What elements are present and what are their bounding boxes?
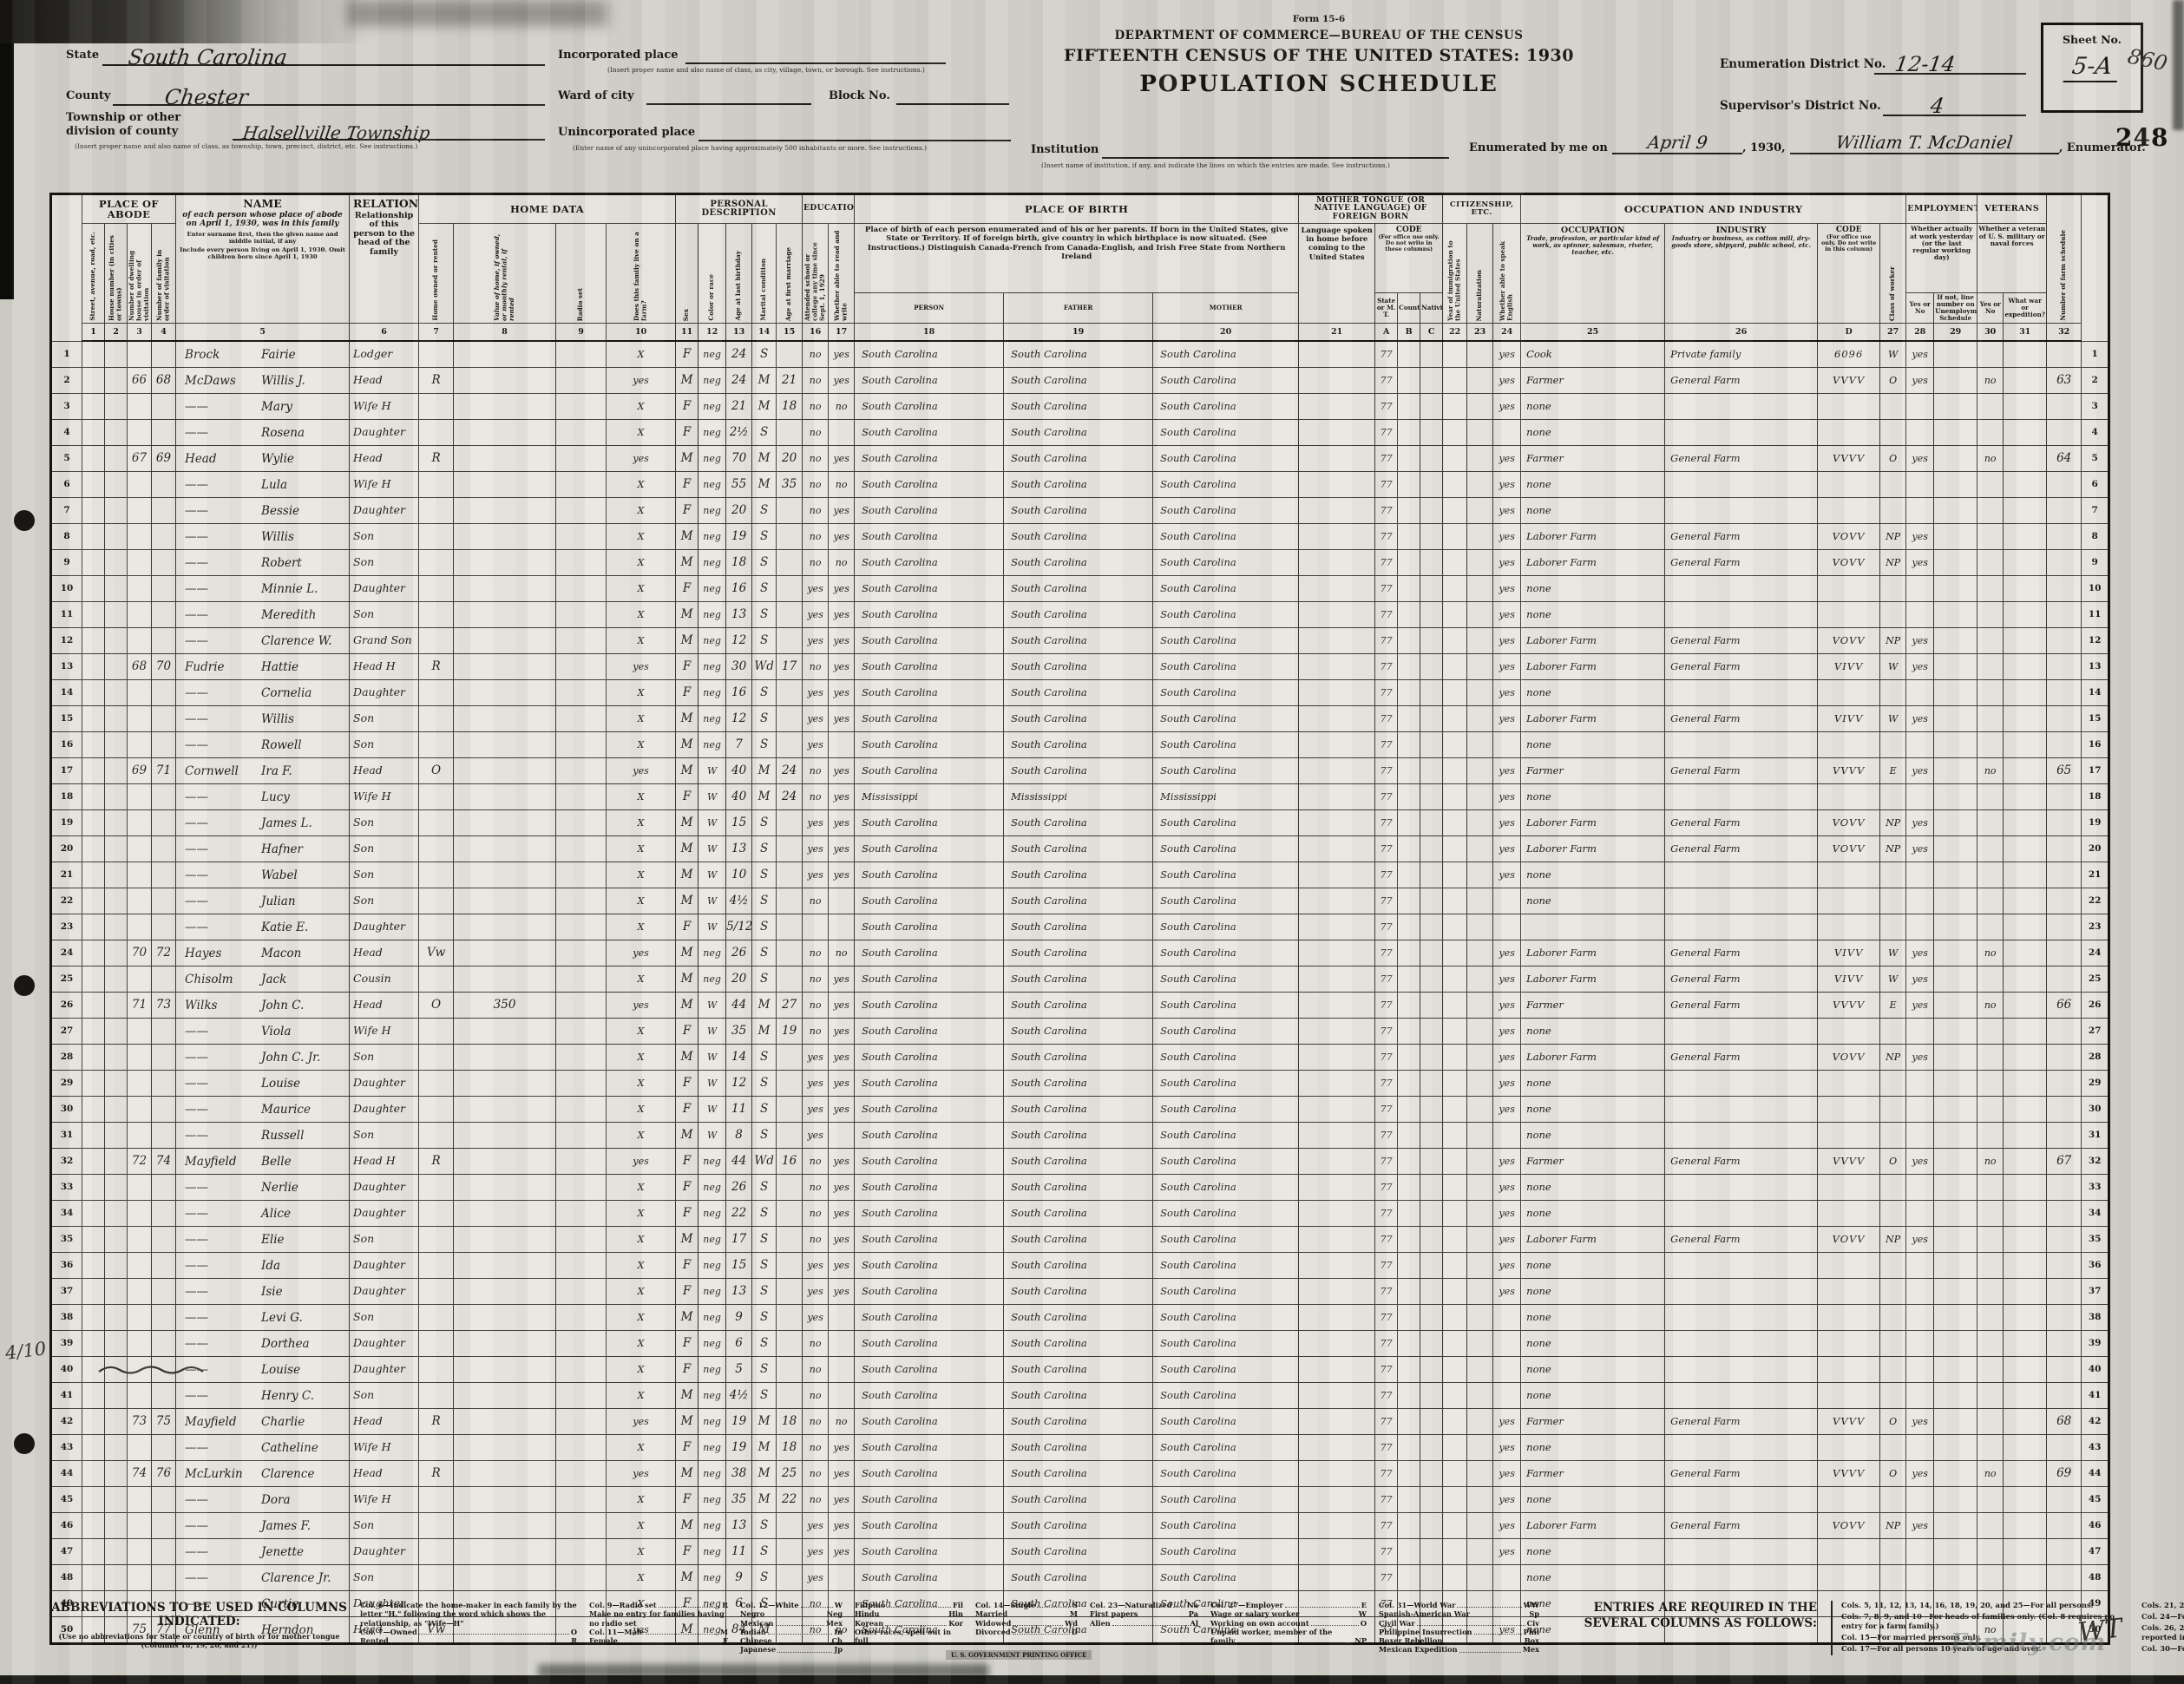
occupation: none — [1521, 394, 1665, 420]
code-a: 77 — [1375, 1123, 1398, 1149]
birthplace-mother: South Carolina — [1153, 1149, 1299, 1175]
unemployment-line — [1934, 1539, 1977, 1565]
color-or-race: W — [698, 1071, 726, 1097]
birthplace-mother: South Carolina — [1153, 888, 1299, 914]
worked-yesterday: yes — [1906, 836, 1934, 862]
home-value — [454, 1045, 556, 1071]
age-at-first-marriage: 24 — [777, 758, 803, 784]
decorative-element: R — [722, 1601, 728, 1609]
home-value — [454, 732, 556, 758]
age-at-first-marriage — [777, 1539, 803, 1565]
birthplace-person: South Carolina — [855, 1539, 1004, 1565]
worked-yesterday: yes — [1906, 628, 1934, 654]
unemployment-line — [1934, 446, 1977, 472]
color-or-race: neg — [698, 1461, 726, 1487]
war-or-expedition — [2004, 550, 2047, 576]
code-a: 77 — [1375, 1565, 1398, 1591]
war-or-expedition — [2004, 1019, 2047, 1045]
naturalization — [1467, 1357, 1493, 1383]
class-of-worker — [1880, 784, 1906, 810]
birthplace-father: South Carolina — [1004, 862, 1153, 888]
industry — [1665, 1357, 1818, 1383]
industry: General Farm — [1665, 628, 1818, 654]
occupation-code — [1818, 576, 1880, 602]
code-header: CODE (For office use only. Do not write … — [1375, 224, 1443, 293]
able-to-read-write: yes — [829, 1045, 855, 1071]
code-c — [1420, 732, 1443, 758]
given-name: Katie E. — [261, 921, 308, 934]
birthplace-mother: South Carolina — [1153, 420, 1299, 446]
color-or-race: W — [698, 1097, 726, 1123]
surname: ——Cornelia — [176, 680, 350, 706]
birthplace-person: South Carolina — [855, 1383, 1004, 1409]
naturalization — [1467, 1565, 1493, 1591]
war-or-expedition — [2004, 1305, 2047, 1331]
naturalization — [1467, 836, 1493, 862]
naturalization — [1467, 1331, 1493, 1357]
color-or-race: neg — [698, 1253, 726, 1279]
worked-yesterday — [1906, 1487, 1934, 1513]
class-of-worker — [1880, 1097, 1906, 1123]
home-owned-or-rented — [419, 966, 454, 993]
naturalization — [1467, 966, 1493, 993]
naturalization — [1467, 940, 1493, 966]
decorative-element: Col. 14—Single — [975, 1601, 1035, 1609]
occupation: none — [1521, 472, 1665, 498]
farm-schedule-number — [2047, 341, 2082, 368]
worked-yesterday — [1906, 1019, 1934, 1045]
given-name: Hattie — [261, 660, 298, 674]
decorative-element — [1173, 1607, 1185, 1608]
home-value: 350 — [454, 993, 556, 1019]
veteran — [1977, 706, 2004, 732]
column-number: 11 — [676, 324, 698, 342]
code-b — [1398, 524, 1420, 550]
line-number: 10 — [51, 576, 82, 602]
code-a: 77 — [1375, 810, 1398, 836]
speaks-english: yes — [1493, 1513, 1521, 1539]
naturalization — [1467, 758, 1493, 784]
occupation-code: VIVV — [1818, 940, 1880, 966]
lives-on-farm: yes — [607, 446, 676, 472]
ward-label: Ward of city — [558, 89, 634, 102]
mother-tongue — [1299, 862, 1375, 888]
lives-on-farm: X — [607, 1383, 676, 1409]
attended-school — [803, 914, 829, 940]
lives-on-farm: yes — [607, 758, 676, 784]
radio-set — [556, 1513, 607, 1539]
attended-school: yes — [803, 732, 829, 758]
attended-school: yes — [803, 1253, 829, 1279]
decorative-element: Number of farm schedule — [2060, 230, 2067, 321]
birthplace-mother: Mississippi — [1153, 784, 1299, 810]
relation: Daughter — [350, 576, 419, 602]
class-of-worker: O — [1880, 1409, 1906, 1435]
unemployment-line — [1934, 680, 1977, 706]
industry — [1665, 1253, 1818, 1279]
decorative-element: Fil — [953, 1601, 963, 1609]
sex: M — [676, 446, 698, 472]
speaks-english — [1493, 1305, 1521, 1331]
speaks-english: yes — [1493, 862, 1521, 888]
occupation: Laborer Farm — [1521, 1513, 1665, 1539]
color-or-race: W — [698, 914, 726, 940]
farm-schedule-number: 69 — [2047, 1461, 2082, 1487]
home-value — [454, 420, 556, 446]
house-number — [105, 602, 128, 628]
given-name: Wabel — [261, 868, 298, 882]
home-owned-or-rented — [419, 784, 454, 810]
veteran — [1977, 1019, 2004, 1045]
surname: ——Lucy — [176, 784, 350, 810]
immigration-year — [1443, 446, 1467, 472]
class-of-worker — [1880, 1539, 1906, 1565]
birthplace-person: South Carolina — [855, 940, 1004, 966]
column-number: 18 — [855, 324, 1004, 342]
veteran — [1977, 1409, 2004, 1435]
column-number: 20 — [1153, 324, 1299, 342]
abbreviation-pair: Civil WarCiv — [1379, 1619, 1539, 1628]
relation-title: RELATION — [353, 197, 415, 210]
naturalization — [1467, 602, 1493, 628]
street — [82, 1097, 105, 1123]
color-or-race: neg — [698, 940, 726, 966]
industry: General Farm — [1665, 1149, 1818, 1175]
home-value — [454, 1409, 556, 1435]
surname: HayesMacon — [176, 940, 350, 966]
surname: ——Meredith — [176, 602, 350, 628]
industry — [1665, 1383, 1818, 1409]
worked-yesterday — [1906, 1175, 1934, 1201]
home-value — [454, 1357, 556, 1383]
lives-on-farm: yes — [607, 1461, 676, 1487]
col-header-industry: INDUSTRY Industry or business, as cotton… — [1665, 224, 1818, 324]
industry: General Farm — [1665, 1461, 1818, 1487]
home-value — [454, 602, 556, 628]
radio-set — [556, 993, 607, 1019]
age-at-first-marriage — [777, 1123, 803, 1149]
code-c — [1420, 1279, 1443, 1305]
decorative-element: Al — [1190, 1619, 1198, 1628]
war-or-expedition — [2004, 368, 2047, 394]
decorative-element: Col. 27—Employer — [1210, 1601, 1283, 1609]
code-c — [1420, 1487, 1443, 1513]
census-row: 1BrockFairieLodgerXFneg24SnoyesSouth Car… — [51, 341, 2109, 368]
farm-schedule-number — [2047, 836, 2082, 862]
age-at-first-marriage — [777, 1097, 803, 1123]
birthplace-mother: South Carolina — [1153, 628, 1299, 654]
code-c — [1420, 628, 1443, 654]
attended-school: no — [803, 1227, 829, 1253]
industry — [1665, 1539, 1818, 1565]
war-or-expedition — [2004, 1227, 2047, 1253]
given-name: Nerlie — [261, 1181, 298, 1195]
occupation: Laborer Farm — [1521, 1045, 1665, 1071]
scan-edge-bottom — [0, 1675, 2184, 1684]
township-line: Halsellville Township — [233, 106, 545, 141]
birthplace-father: South Carolina — [1004, 1383, 1153, 1409]
line-number: 1 — [51, 341, 82, 368]
given-name: Louise — [261, 1363, 300, 1377]
worked-yesterday — [1906, 1123, 1934, 1149]
code-b — [1398, 550, 1420, 576]
given-name: Clarence Jr. — [261, 1571, 331, 1585]
house-number — [105, 940, 128, 966]
naturalization — [1467, 888, 1493, 914]
mother-tongue — [1299, 1331, 1375, 1357]
color-or-race: neg — [698, 576, 726, 602]
speaks-english: yes — [1493, 706, 1521, 732]
sex: F — [676, 394, 698, 420]
decorative-element: Divorced — [975, 1628, 1011, 1636]
abbreviation-pair: Unpaid worker, member of the familyNP — [1210, 1628, 1367, 1646]
street — [82, 1331, 105, 1357]
home-owned-or-rented — [419, 1019, 454, 1045]
speaks-english: yes — [1493, 993, 1521, 1019]
house-number — [105, 966, 128, 993]
occupation-code — [1818, 1123, 1880, 1149]
family-number — [152, 1253, 176, 1279]
age-at-first-marriage — [777, 550, 803, 576]
surname: ——Lula — [176, 472, 350, 498]
lives-on-farm: X — [607, 1539, 676, 1565]
family-number — [152, 1565, 176, 1591]
code-c — [1420, 888, 1443, 914]
age-at-first-marriage — [777, 1045, 803, 1071]
birthplace-mother: South Carolina — [1153, 1019, 1299, 1045]
line-number-right: 26 — [2082, 993, 2109, 1019]
class-of-worker — [1880, 498, 1906, 524]
code-b — [1398, 628, 1420, 654]
col-header-class-worker: Class of worker — [1880, 224, 1906, 324]
decorative-element: E — [1361, 1601, 1367, 1609]
able-to-read-write: no — [829, 550, 855, 576]
street — [82, 576, 105, 602]
occupation: none — [1521, 1383, 1665, 1409]
given-name: Maurice — [261, 1103, 311, 1117]
line-number-right: 9 — [2082, 550, 2109, 576]
speaks-english: yes — [1493, 966, 1521, 993]
birthplace-person: South Carolina — [855, 628, 1004, 654]
line-number: 6 — [51, 472, 82, 498]
radio-set — [556, 654, 607, 680]
occupation: none — [1521, 888, 1665, 914]
abbreviation-pair: FemaleF — [589, 1636, 728, 1645]
decorative-element: O — [1361, 1619, 1367, 1628]
line-number: 26 — [51, 993, 82, 1019]
code-a: 77 — [1375, 966, 1398, 993]
birthplace-father: South Carolina — [1004, 1513, 1153, 1539]
able-to-read-write — [829, 732, 855, 758]
lives-on-farm: X — [607, 576, 676, 602]
farm-schedule-number — [2047, 628, 2082, 654]
family-number: 69 — [152, 446, 176, 472]
war-or-expedition — [2004, 1201, 2047, 1227]
group-citizenship: CITIZENSHIP, ETC. — [1443, 194, 1521, 224]
abbreviation-block: Col. 12—WhiteWNegroNegMexicanMexIndianIn… — [740, 1601, 843, 1655]
naturalization — [1467, 420, 1493, 446]
line-number-right: 45 — [2082, 1487, 2109, 1513]
home-value — [454, 680, 556, 706]
pencil-squiggle — [97, 1364, 219, 1376]
birthplace-person: South Carolina — [855, 576, 1004, 602]
class-of-worker: NP — [1880, 810, 1906, 836]
attended-school: no — [803, 1435, 829, 1461]
age: 11 — [726, 1539, 752, 1565]
code-a: 77 — [1375, 862, 1398, 888]
decorative-element: Jp — [834, 1645, 843, 1654]
code-c — [1420, 914, 1443, 940]
birthplace-mother: South Carolina — [1153, 732, 1299, 758]
home-value — [454, 914, 556, 940]
age-at-first-marriage — [777, 1383, 803, 1409]
line-number-right: 2 — [2082, 368, 2109, 394]
family-number — [152, 914, 176, 940]
col-header-vet-war: What war or expedition? — [2004, 293, 2047, 324]
abbreviation-pair: Col. 23—NaturalizedNa — [1090, 1601, 1198, 1609]
census-row: 11——MeredithSonXMneg13SyesyesSouth Carol… — [51, 602, 2109, 628]
marital-condition: S — [752, 1279, 777, 1305]
birthplace-person: South Carolina — [855, 1201, 1004, 1227]
code-b — [1398, 1019, 1420, 1045]
surname: ——Minnie L. — [176, 576, 350, 602]
sex: M — [676, 993, 698, 1019]
naturalization — [1467, 1227, 1493, 1253]
dwelling-number — [128, 1253, 152, 1279]
street — [82, 1019, 105, 1045]
speaks-english: yes — [1493, 1071, 1521, 1097]
class-of-worker: W — [1880, 706, 1906, 732]
line-number: 39 — [51, 1331, 82, 1357]
decorative-element: Col. 12—White — [740, 1601, 799, 1609]
speaks-english: yes — [1493, 1539, 1521, 1565]
decorative-element: Alien — [1090, 1619, 1111, 1628]
decorative-element: Col. 9—Radio set — [589, 1601, 657, 1609]
decorative-element: R — [571, 1636, 577, 1645]
age: 12 — [726, 706, 752, 732]
radio-set — [556, 1461, 607, 1487]
unemployment-line — [1934, 966, 1977, 993]
birthplace-father: South Carolina — [1004, 940, 1153, 966]
census-row: 327274MayfieldBelleHead HRyesFneg44Wd16n… — [51, 1149, 2109, 1175]
unemployment-line — [1934, 394, 1977, 420]
age: 9 — [726, 1305, 752, 1331]
immigration-year — [1443, 341, 1467, 368]
able-to-read-write: yes — [829, 602, 855, 628]
entries-note: Cols. 26, 27, and 28—For all persons for… — [2141, 1623, 2184, 1642]
family-number — [152, 498, 176, 524]
birthplace-person: South Carolina — [855, 1435, 1004, 1461]
veteran — [1977, 1175, 2004, 1201]
hole-punch — [14, 510, 35, 531]
home-value — [454, 1487, 556, 1513]
naturalization — [1467, 1513, 1493, 1539]
occupation-code — [1818, 888, 1880, 914]
sex: M — [676, 1409, 698, 1435]
col-header-code-b: County — [1398, 293, 1420, 324]
class-of-worker: O — [1880, 368, 1906, 394]
marital-condition: M — [752, 368, 777, 394]
farm-schedule-number — [2047, 1253, 2082, 1279]
age: 10 — [726, 862, 752, 888]
unemployment-line — [1934, 732, 1977, 758]
age-at-first-marriage: 20 — [777, 446, 803, 472]
farm-schedule-number — [2047, 1201, 2082, 1227]
mother-tongue — [1299, 654, 1375, 680]
home-owned-or-rented — [419, 602, 454, 628]
color-or-race: neg — [698, 472, 726, 498]
birthplace-person: South Carolina — [855, 524, 1004, 550]
color-or-race: W — [698, 862, 726, 888]
unemployment-line — [1934, 1097, 1977, 1123]
given-name: Dorthea — [261, 1337, 310, 1351]
age-at-first-marriage — [777, 628, 803, 654]
birthplace-mother: South Carolina — [1153, 1097, 1299, 1123]
line-number: 23 — [51, 914, 82, 940]
immigration-year — [1443, 732, 1467, 758]
surname: —— — [185, 610, 261, 622]
birthplace-person: South Carolina — [855, 602, 1004, 628]
code-b — [1398, 1149, 1420, 1175]
marital-condition: M — [752, 1435, 777, 1461]
family-number — [152, 966, 176, 993]
code-b — [1398, 1201, 1420, 1227]
family-number — [152, 524, 176, 550]
surname: ——John C. Jr. — [176, 1045, 350, 1071]
home-owned-or-rented: R — [419, 1149, 454, 1175]
home-owned-or-rented — [419, 341, 454, 368]
relation: Wife H — [350, 1435, 419, 1461]
naturalization — [1467, 1409, 1493, 1435]
home-owned-or-rented: R — [419, 1461, 454, 1487]
farm-schedule-number — [2047, 888, 2082, 914]
color-or-race: neg — [698, 341, 726, 368]
birthplace-mother: South Carolina — [1153, 550, 1299, 576]
occupation: none — [1521, 1019, 1665, 1045]
lives-on-farm: X — [607, 1045, 676, 1071]
immigration-year — [1443, 1097, 1467, 1123]
relation: Daughter — [350, 914, 419, 940]
surname: —— — [185, 1287, 261, 1299]
code-a: 77 — [1375, 836, 1398, 862]
naturalization — [1467, 1461, 1493, 1487]
speaks-english — [1493, 1123, 1521, 1149]
abbreviation-pair: Spanish-American WarSp — [1379, 1609, 1539, 1618]
abbreviation-blocks: Col. 6—Indicate the home-maker in each f… — [360, 1601, 1539, 1655]
speaks-english — [1493, 1331, 1521, 1357]
able-to-read-write — [829, 1331, 855, 1357]
birthplace-father: South Carolina — [1004, 576, 1153, 602]
age: 26 — [726, 1175, 752, 1201]
decorative-element — [1037, 1607, 1071, 1608]
attended-school: no — [803, 1409, 829, 1435]
line-number-right: 22 — [2082, 888, 2109, 914]
worked-yesterday — [1906, 576, 1934, 602]
decorative-element: Mex — [1523, 1645, 1539, 1654]
line-number-right: 4 — [2082, 420, 2109, 446]
age: 40 — [726, 758, 752, 784]
birthplace-person: South Carolina — [855, 1487, 1004, 1513]
home-value — [454, 1331, 556, 1357]
able-to-read-write: yes — [829, 810, 855, 836]
age-at-first-marriage: 18 — [777, 1409, 803, 1435]
occupation: Farmer — [1521, 368, 1665, 394]
column-number: 5 — [176, 324, 350, 342]
veteran: no — [1977, 758, 2004, 784]
decorative-element — [1139, 1616, 1186, 1617]
code-c — [1420, 1539, 1443, 1565]
home-owned-or-rented: R — [419, 446, 454, 472]
